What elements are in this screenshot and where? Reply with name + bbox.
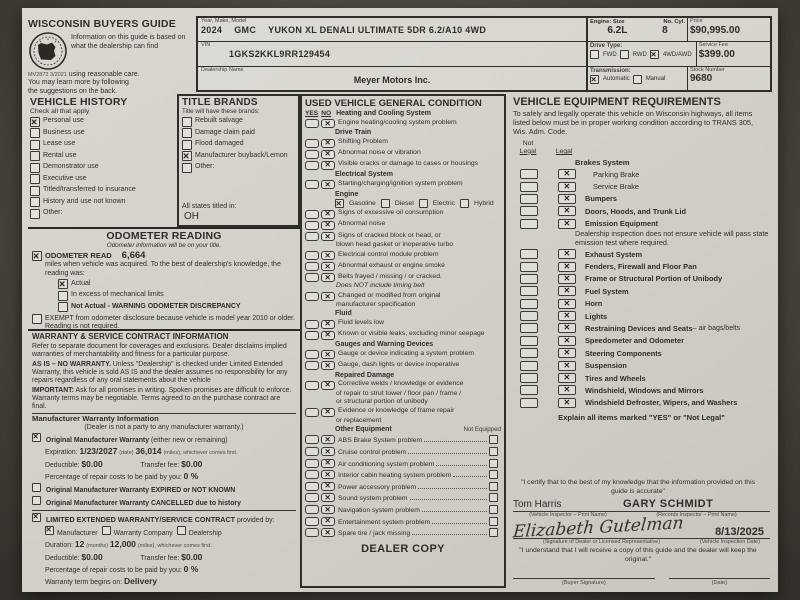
- buyer-date-label: (Date): [669, 578, 770, 586]
- odometer-option-label: In excess of mechanical limits: [71, 291, 164, 300]
- condition-item: Visible cracks or damage to cases or hou…: [305, 160, 501, 170]
- other-equipment-item: ABS Brake System problem: [305, 434, 501, 444]
- extended-percentage-label: Percentage of repair costs to be paid by…: [45, 567, 182, 574]
- provider-checkbox: [45, 526, 54, 535]
- no-checkbox: [321, 350, 335, 359]
- odometer-section: ODOMETER READING Odometer information wi…: [28, 227, 300, 331]
- equipment-item-label: Windshield, Windows and Mirrors: [585, 386, 704, 395]
- not-legal-checkbox: [520, 274, 538, 284]
- condition-first-heading: Heating and Cooling System: [336, 110, 431, 117]
- yes-no-checkboxes: [305, 209, 335, 219]
- equipment-item-label: Emission Equipment: [585, 219, 658, 228]
- history-item-label: Titled/transferred to insurance: [43, 186, 136, 195]
- condition-item: Belts frayed / missing / or cracked.: [305, 272, 501, 282]
- not-word: Not: [523, 140, 534, 147]
- legal-checkbox: [558, 194, 576, 204]
- extended-deductible-row: Deductible: $0.00 Transfer fee: $0.00: [45, 552, 296, 563]
- no-checkbox: [321, 331, 335, 340]
- fuel-type-label: Diesel: [395, 200, 414, 207]
- no-checkbox: [321, 210, 335, 219]
- certify-statement: "I certify that to the best of my knowle…: [513, 479, 763, 496]
- odometer-option-checkbox: [58, 291, 68, 301]
- dotted-leader: [408, 453, 487, 454]
- transmission-stock-row: Transmission: AutomaticManual Stock Numb…: [588, 67, 770, 90]
- vehicle-id-table: Year, Make, Model 2024GMCYUKON XL DENALI…: [196, 16, 588, 92]
- mfr-deductible-row: Deductible: $0.00 Transfer fee: $0.00: [45, 459, 296, 470]
- equipment-item: Fuel System: [513, 286, 770, 296]
- yes-no-checkboxes: [305, 330, 335, 340]
- yes-no-checkboxes: [305, 118, 335, 128]
- buyers-guide-form: WISCONSIN BUYERS GUIDE Information on th…: [22, 8, 778, 592]
- warranty-para1: Refer to separate document for coverages…: [32, 343, 296, 359]
- fuel-type-label: Gasoline: [349, 200, 376, 207]
- condition-item: Electrical control module problem: [305, 250, 501, 260]
- condition-item-label: Corrective welds / knowledge or evidence: [338, 380, 463, 389]
- title-brand-item: Rebuilt salvage: [182, 117, 295, 127]
- yes-checkbox: [305, 161, 319, 170]
- form-title: WISCONSIN BUYERS GUIDE: [28, 18, 196, 30]
- warranty-para2: AS IS – NO WARRANTY. Unless "Dealership"…: [32, 361, 296, 385]
- extended-title-row: LIMITED EXTENDED WARRANTY/SERVICE CONTRA…: [32, 513, 296, 525]
- not-equipped-checkbox: [489, 493, 498, 502]
- form-header: WISCONSIN BUYERS GUIDE Information on th…: [28, 14, 772, 92]
- no-checkbox: [321, 139, 335, 148]
- odometer-option: Not Actual - WARNING ODOMETER DISCREPANC…: [58, 302, 296, 312]
- equipment-item-label: Parking Brake: [593, 170, 639, 179]
- condition-item: Gauge, dash lights or device inoperative: [305, 360, 501, 370]
- legal-checkbox: [558, 206, 576, 216]
- no-checkbox: [321, 435, 335, 444]
- not-legal-checkbox: [520, 311, 538, 321]
- yes-checkbox: [305, 517, 319, 526]
- not-equipped-checkbox: [489, 505, 498, 514]
- fuel-type-checkbox: [335, 199, 344, 208]
- equipment-note: Dealership inspection does not ensure ve…: [575, 229, 770, 247]
- other-equipment-item: Sound system problem: [305, 492, 501, 502]
- legal-checkbox: [558, 323, 576, 333]
- yes-checkbox: [305, 331, 319, 340]
- yes-no-checkboxes: [305, 160, 335, 170]
- explain-note: Explain all items marked "YES" or "Not L…: [513, 413, 770, 422]
- provider-checkbox: [102, 526, 111, 535]
- yes-no-checkboxes: [305, 434, 335, 444]
- condition-item-continuation: of repair to strut tower / floor pan / f…: [336, 390, 501, 398]
- yes-no-checkboxes: [305, 481, 335, 491]
- history-item-checkbox: [30, 140, 40, 150]
- history-item: Executive use: [30, 174, 175, 184]
- condition-item: Evidence or knowledge of frame repair: [305, 407, 501, 417]
- yes-no-checkboxes: [305, 446, 335, 456]
- dotted-leader: [453, 476, 487, 477]
- condition-item: Signs of excessive oil consumption: [305, 209, 501, 219]
- no-checkbox: [321, 262, 335, 271]
- condition-item-label: Signs of excessive oil consumption: [338, 209, 443, 218]
- condition-item-label: Shifting Problem: [338, 138, 388, 147]
- yes-checkbox: [305, 210, 319, 219]
- odometer-option-checkbox: [58, 302, 68, 312]
- odometer-read-checkbox: [32, 251, 42, 261]
- extended-warranty-box: LIMITED EXTENDED WARRANTY/SERVICE CONTRA…: [32, 510, 296, 587]
- drive-type-label: Drive Type:: [590, 43, 694, 49]
- condition-item-label: Evidence or knowledge of frame repair: [338, 407, 454, 416]
- inspection-date-value: 8/13/2025: [715, 526, 764, 538]
- transmission-option-label: Manual: [646, 76, 666, 82]
- odometer-option-label: Actual: [71, 279, 90, 288]
- condition-item-label: Changed or modified from original: [338, 291, 440, 300]
- history-item-label: Demonstrator use: [43, 163, 99, 172]
- condition-item: Corrective welds / knowledge or evidence: [305, 380, 501, 390]
- condition-item: Starting/charging/ignition system proble…: [305, 179, 501, 189]
- not-legal-checkbox: [520, 249, 538, 259]
- titled-states-label: All states titled in:: [182, 203, 295, 210]
- yes-checkbox: [305, 221, 319, 230]
- other-equipment-item-label: Interior cabin heating system problem: [338, 472, 451, 480]
- yes-no-checkboxes: [305, 380, 335, 390]
- other-equipment-item-label: Entertainment system problem: [338, 518, 430, 526]
- odometer-option-checkbox: [58, 279, 68, 289]
- stock-cell: Stock Number 9680: [688, 67, 770, 90]
- yes-checkbox: [305, 180, 319, 189]
- dealer-copy-label: DEALER COPY: [305, 543, 501, 555]
- not-legal-checkbox: [520, 336, 538, 346]
- other-equipment-item-label: Power accessory problem: [338, 483, 416, 491]
- equipment-item: Restraining Devices and Seats – air bags…: [513, 323, 770, 333]
- legal-checkbox: [558, 182, 576, 192]
- expiration-value: 1/23/2027: [79, 446, 117, 456]
- mfr-expiration-row: Expiration: 1/23/2027 (date) 36,014 (mil…: [45, 446, 296, 457]
- condition-item: Abnormal noise or vibration: [305, 149, 501, 159]
- not-equipped-label: Not Equipped: [464, 426, 502, 433]
- equipment-item-label: Bumpers: [585, 194, 617, 203]
- dotted-leader: [412, 534, 487, 535]
- condition-item-continuation: blown head gasket or inoperative turbo: [336, 241, 501, 249]
- yes-checkbox: [305, 482, 319, 491]
- not-legal-checkbox: [520, 169, 538, 179]
- warranty-para3: IMPORTANT: Ask for all promises in writi…: [32, 387, 296, 411]
- equipment-item: Steering Components: [513, 348, 770, 358]
- equipment-intro: To safely and legally operate this vehic…: [513, 109, 763, 136]
- equipment-item-label: Lights: [585, 312, 607, 321]
- begins-label: Warranty term begins on:: [45, 579, 122, 586]
- yes-checkbox: [305, 350, 319, 359]
- yes-no-checkboxes: [305, 492, 335, 502]
- extended-deductible-label: Deductible:: [45, 555, 79, 562]
- engine-cell: Engine: SizeNo. Cyl. 6.2L8: [588, 18, 688, 41]
- extended-miles-paren-label: (miles), whichever comes first.: [138, 543, 212, 549]
- extended-transfer-value: $0.00: [181, 552, 202, 562]
- other-equipment-item-label: Spare tire / jack missing: [338, 530, 410, 538]
- equipment-item-label: Restraining Devices and Seats: [585, 324, 693, 333]
- no-checkbox: [321, 251, 335, 260]
- extended-percentage-value: 0 %: [184, 564, 199, 574]
- other-equipment-heading: Other Equipment: [335, 426, 392, 433]
- condition-list: Engine heating/cooling system problemDri…: [305, 117, 501, 424]
- title-brands-title: TITLE BRANDS: [182, 97, 295, 108]
- fuel-type-checkbox: [381, 199, 390, 208]
- vin-row: VIN 1GKS2KKL9RR129454: [198, 42, 586, 66]
- yes-checkbox: [305, 320, 319, 329]
- legal-checkbox: [558, 299, 576, 309]
- legal-checkbox: [558, 311, 576, 321]
- equipment-item: Fenders, Firewall and Floor Pan: [513, 262, 770, 272]
- wisconsin-seal-icon: [28, 31, 68, 71]
- not-legal-checkbox: [520, 348, 538, 358]
- condition-item-label: Engine heating/cooling system problem: [338, 118, 457, 127]
- title-brand-item-label: Rebuilt salvage: [195, 117, 243, 126]
- buyer-signature-row: (Buyer Signature) (Date): [513, 578, 770, 586]
- transmission-cell: Transmission: AutomaticManual: [588, 67, 688, 90]
- legal-checkbox: [558, 385, 576, 395]
- yes-checkbox: [305, 470, 319, 479]
- title-brand-item-label: Other:: [195, 163, 214, 172]
- form-intro-text: Information on this guide is based on wh…: [71, 31, 196, 71]
- no-checkbox: [321, 119, 335, 128]
- percentage-label: Percentage of repair costs to be paid by…: [45, 474, 182, 481]
- dotted-leader: [432, 523, 487, 524]
- equipment-item-label: Steering Components: [585, 349, 662, 358]
- title-brand-item-checkbox: [182, 163, 192, 173]
- condition-item: Signs of cracked block or head, or: [305, 231, 501, 241]
- yes-no-checkboxes: [305, 272, 335, 282]
- engine-fuel-options: GasolineDieselElectricHybrid: [335, 199, 501, 208]
- equipment-item: Frame or Structural Portion of Unibody: [513, 274, 770, 284]
- no-column-label: NO: [321, 110, 331, 117]
- history-item-label: Business use: [43, 128, 85, 137]
- yes-no-checkboxes: [305, 220, 335, 230]
- dealership-label: Dealership Name: [201, 68, 583, 74]
- condition-header-row: YES NO Heating and Cooling System: [305, 110, 501, 117]
- history-item: History and use not known: [30, 197, 175, 207]
- equipment-section-heading: Brakes System: [575, 158, 770, 167]
- service-fee-cell: Service Fee $399.00: [697, 42, 770, 65]
- inspection-date-label: (Vehicle Inspection Date): [690, 539, 770, 545]
- odometer-exempt-checkbox: [32, 314, 42, 324]
- drive-type-options: FWDRWD4WD/AWD: [590, 50, 694, 59]
- title-brands-subtitle: Title will have these brands:: [182, 108, 295, 115]
- condition-item-label: Belts frayed / missing / or cracked.: [338, 272, 442, 281]
- not-legal-checkbox: [520, 286, 538, 296]
- fuel-type-checkbox: [419, 199, 428, 208]
- history-item: Titled/transferred to insurance: [30, 186, 175, 196]
- service-fee-value: $399.00: [699, 49, 768, 60]
- no-checkbox: [321, 221, 335, 230]
- mfr-percentage-row: Percentage of repair costs to be paid by…: [45, 471, 296, 482]
- transfer-fee-value: $0.00: [181, 459, 202, 469]
- percentage-value: 0 %: [184, 471, 199, 481]
- dealer-signature-row: Elizabeth Gutelman 8/13/2025: [513, 518, 770, 538]
- condition-item-continuation: or structural portion of unibody: [336, 398, 501, 406]
- legal-checkbox: [558, 219, 576, 229]
- history-item-checkbox: [30, 163, 40, 173]
- yes-no-checkboxes: [305, 458, 335, 468]
- yes-no-checkboxes: [305, 179, 335, 189]
- other-equipment-item-label: Cruise control problem: [338, 449, 406, 457]
- not-legal-header: NotLegal: [513, 140, 543, 155]
- legal-checkbox: [558, 274, 576, 284]
- odometer-read-row: ODOMETER READ 6,664: [32, 250, 296, 261]
- price-spec-table: Engine: SizeNo. Cyl. 6.2L8 Price $90,995…: [588, 16, 772, 92]
- mfr-cancelled-checkbox: [32, 496, 41, 505]
- not-equipped-checkbox: [489, 447, 498, 456]
- equipment-item-suffix: – air bags/belts: [693, 325, 740, 332]
- condition-item: Fluid levels low: [305, 319, 501, 329]
- vehicle-inspector-name: Tom Harris: [513, 499, 623, 510]
- condition-item-label: Abnormal noise: [338, 220, 385, 229]
- equipment-item: Suspension: [513, 361, 770, 371]
- vehicle-history-list: Personal useBusiness useLease useRental …: [30, 117, 175, 219]
- history-item-checkbox: [30, 209, 40, 219]
- year-value: 2024: [201, 25, 222, 35]
- begins-value: Delivery: [124, 576, 157, 586]
- no-checkbox: [321, 320, 335, 329]
- mfr-warranty-heading: Manufacturer Warranty Information: [32, 415, 296, 424]
- copy-statement: "I understand that I will receive a copy…: [513, 547, 763, 564]
- history-item-label: Rental use: [43, 151, 76, 160]
- vin-value: 1GKS2KKL9RR129454: [201, 49, 583, 59]
- year-make-model-row: Year, Make, Model 2024GMCYUKON XL DENALI…: [198, 18, 586, 42]
- vehicle-history-section: VEHICLE HISTORY Check all that apply Per…: [28, 94, 177, 227]
- engine-price-row: Engine: SizeNo. Cyl. 6.2L8 Price $90,995…: [588, 18, 770, 42]
- no-checkbox: [321, 459, 335, 468]
- extended-checkbox: [32, 513, 41, 522]
- yes-checkbox: [305, 361, 319, 370]
- yes-no-checkboxes: [305, 407, 335, 417]
- no-checkbox: [321, 505, 335, 514]
- not-legal-checkbox: [520, 182, 538, 192]
- not-legal-checkbox: [520, 361, 538, 371]
- other-equipment-item-label: ABS Brake System problem: [338, 437, 422, 445]
- condition-item-label: Fluid levels low: [338, 319, 384, 328]
- extended-percentage-row: Percentage of repair costs to be paid by…: [45, 564, 296, 575]
- mfr-miles-value: 36,014: [136, 446, 162, 456]
- header-left-block: WISCONSIN BUYERS GUIDE Information on th…: [28, 14, 196, 92]
- engine-size-value: 6.2L: [607, 25, 627, 36]
- equipment-item: Lights: [513, 311, 770, 321]
- odometer-option: Actual: [58, 279, 296, 289]
- transmission-option-label: Automatic: [603, 76, 630, 82]
- equipment-item-label: Fuel System: [585, 287, 629, 296]
- extended-transfer-label: Transfer fee:: [140, 555, 179, 562]
- equipment-item: Speedometer and Odometer: [513, 336, 770, 346]
- yes-column-label: YES: [305, 110, 318, 117]
- condition-section-heading: Gauges and Warning Devices: [335, 341, 501, 348]
- drive-type-option-checkbox: [620, 50, 629, 59]
- mfr-cancelled-label: Original Manufacturer Warranty CANCELLED…: [46, 500, 241, 507]
- condition-section-heading: Electrical System: [335, 171, 501, 178]
- intro-line2: using reasonable care.: [69, 71, 140, 78]
- duration-label: Duration:: [45, 542, 73, 549]
- extended-title-rest: provided by:: [235, 517, 274, 524]
- dotted-leader: [436, 465, 487, 466]
- no-checkbox: [321, 408, 335, 417]
- yes-checkbox: [305, 435, 319, 444]
- model-value: YUKON XL DENALI ULTIMATE 5DR 6.2/A10 4WD: [268, 25, 486, 35]
- history-item-checkbox: [30, 174, 40, 184]
- yes-checkbox: [305, 381, 319, 390]
- odometer-options-list: ActualIn excess of mechanical limitsNot …: [58, 279, 296, 312]
- yes-checkbox: [305, 119, 319, 128]
- equipment-item: Windshield Defroster, Wipers, and Washer…: [513, 398, 770, 408]
- condition-section-heading: Engine: [335, 191, 501, 198]
- mfr-warranty-subheading: (Dealer is not a party to any manufactur…: [32, 424, 296, 432]
- not-legal-checkbox: [520, 323, 538, 333]
- odometer-miles-value: 6,664: [122, 250, 146, 261]
- condition-item: Abnormal noise: [305, 220, 501, 230]
- title-brand-item-label: Damage claim paid: [195, 128, 255, 137]
- odometer-read-label: ODOMETER READ: [45, 251, 112, 260]
- legal-checkbox: [558, 361, 576, 371]
- transfer-fee-label: Transfer fee:: [140, 462, 179, 469]
- form-number-line: MV2872 3/2021 using reasonable care.: [28, 71, 196, 79]
- condition-item-continuation: manufacturer specification: [336, 301, 501, 309]
- mfr-original-checkbox: [32, 433, 41, 442]
- history-item: Business use: [30, 128, 175, 138]
- mfr-expired-label: Original Manufacturer Warranty EXPIRED o…: [46, 487, 235, 494]
- drive-type-option-label: 4WD/AWD: [663, 52, 692, 58]
- history-item: Demonstrator use: [30, 163, 175, 173]
- history-item-label: Lease use: [43, 140, 75, 149]
- extended-deductible-value: $0.00: [81, 552, 102, 562]
- extended-miles-value: 12,000: [110, 539, 136, 549]
- equipment-item: Windshield, Windows and Mirrors: [513, 385, 770, 395]
- no-checkbox: [321, 161, 335, 170]
- mfr-original-row: Original Manufacturer Warranty (either n…: [32, 433, 296, 445]
- yes-no-checkboxes: [305, 349, 335, 359]
- yes-checkbox: [305, 528, 319, 537]
- other-equipment-item: Interior cabin heating system problem: [305, 469, 501, 479]
- equipment-item-label: Fenders, Firewall and Floor Pan: [585, 262, 697, 271]
- not-equipped-checkbox: [489, 517, 498, 526]
- other-equipment-item: Navigation system problem: [305, 504, 501, 514]
- no-checkbox: [321, 292, 335, 301]
- legal-checkbox: [558, 169, 576, 179]
- other-equipment-list: ABS Brake System problemCruise control p…: [305, 433, 501, 537]
- condition-item-continuation: or replacement: [336, 417, 501, 425]
- no-checkbox: [321, 482, 335, 491]
- not-legal-checkbox: [520, 219, 538, 229]
- miles-paren-label: (miles), whichever comes first.: [163, 450, 237, 456]
- extended-title: LIMITED EXTENDED WARRANTY/SERVICE CONTRA…: [46, 515, 235, 524]
- drive-type-option-label: FWD: [603, 52, 617, 58]
- history-item-label: History and use not known: [43, 197, 126, 206]
- yes-no-checkboxes: [305, 527, 335, 537]
- legal-checkbox: [558, 336, 576, 346]
- odometer-subtitle: Odometer information will be on your tit…: [32, 242, 296, 249]
- provider-label: Dealership: [189, 530, 222, 537]
- title-brands-section: TITLE BRANDS Title will have these brand…: [177, 94, 300, 227]
- yes-checkbox: [305, 408, 319, 417]
- condition-item-label: Electrical control module problem: [338, 250, 439, 259]
- mfr-cancelled-row: Original Manufacturer Warranty CANCELLED…: [32, 496, 296, 508]
- no-checkbox: [321, 273, 335, 282]
- legal-checkbox: [558, 348, 576, 358]
- yes-no-checkboxes: [305, 516, 335, 526]
- other-equipment-item-label: Sound system problem: [338, 495, 408, 503]
- no-cyl-value: 8: [662, 25, 668, 36]
- history-item: Personal use: [30, 117, 175, 127]
- equipment-column-headers: NotLegal Legal: [513, 140, 770, 155]
- yes-no-checkboxes: [305, 319, 335, 329]
- equipment-item-label: Service Brake: [593, 182, 639, 191]
- not-equipped-checkbox: [489, 528, 498, 537]
- vehicle-history-subtitle: Check all that apply: [30, 108, 175, 115]
- transmission-label: Transmission:: [590, 68, 685, 74]
- not-equipped-checkbox: [489, 459, 498, 468]
- yes-no-checkboxes: [305, 250, 335, 260]
- yes-checkbox: [305, 150, 319, 159]
- drive-type-option-checkbox: [650, 50, 659, 59]
- months-paren-label: (months): [86, 543, 108, 549]
